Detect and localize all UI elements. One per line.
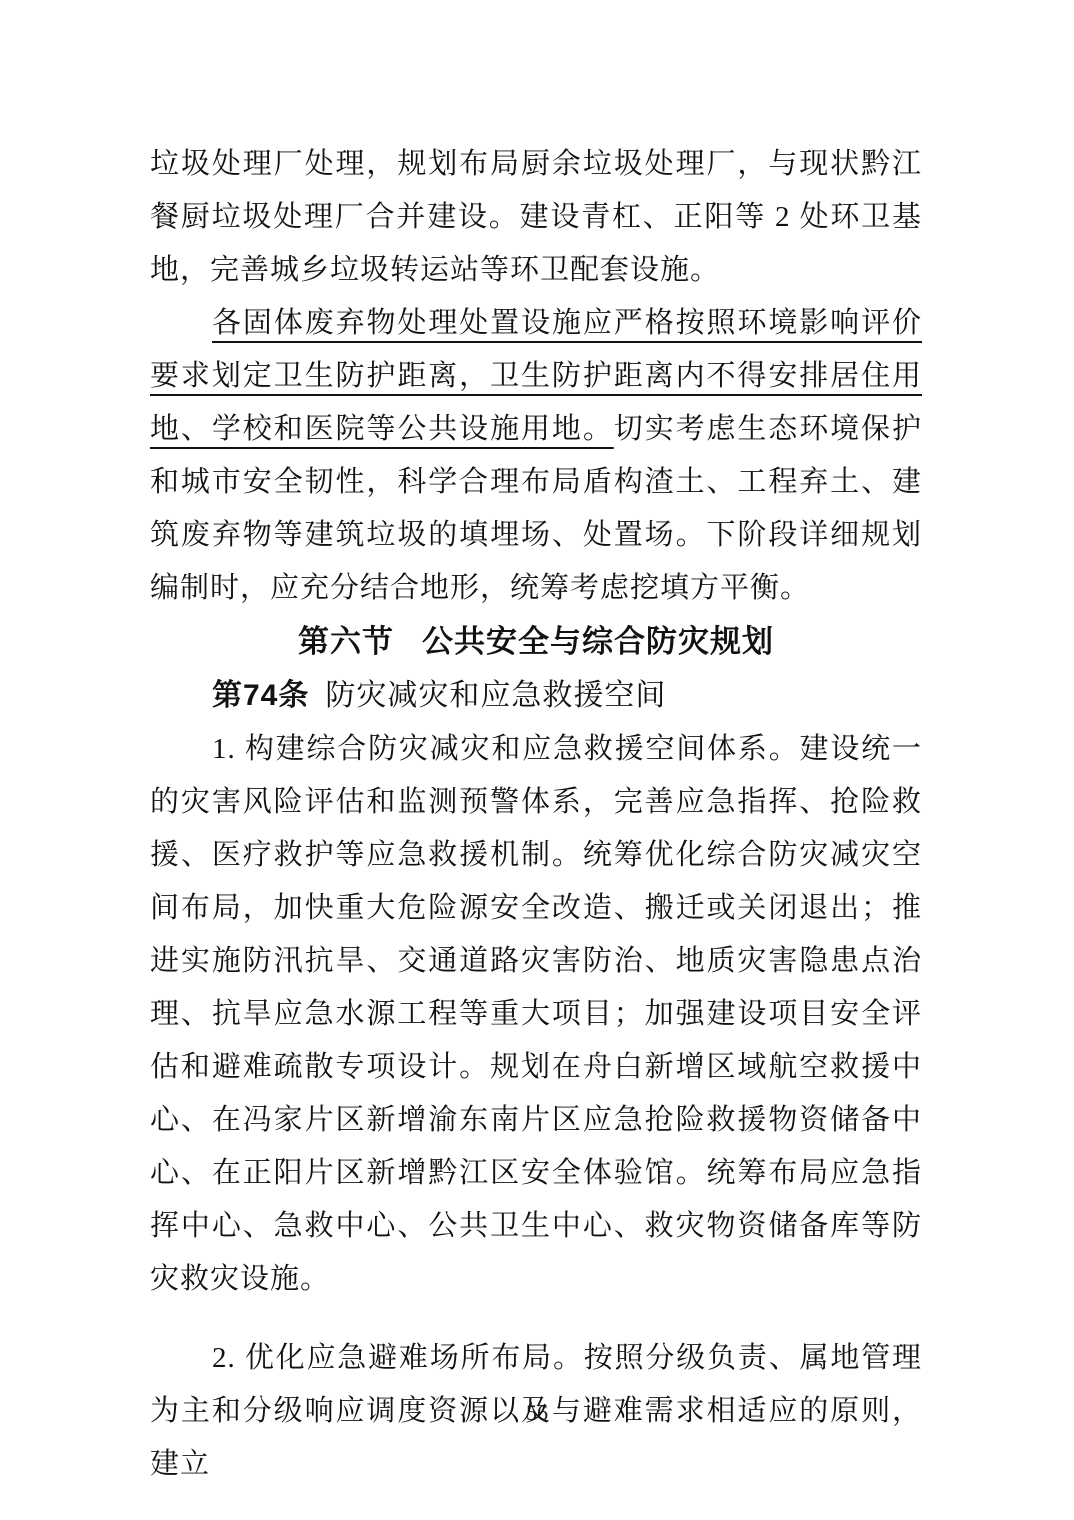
page-number: 56 xyxy=(0,1400,1074,1426)
section-title: 公共安全与综合防灾规划 xyxy=(422,624,774,659)
paragraph-waste-treatment-continuation: 垃圾处理厂处理，规划布局厨余垃圾处理厂，与现状黔江餐厨垃圾处理厂合并建设。建设青… xyxy=(150,138,922,297)
section-number: 第六节 xyxy=(298,624,394,659)
paragraph-sanitary-protection: 各固体废弃物处理处置设施应严格按照环境影响评价要求划定卫生防护距离，卫生防护距离… xyxy=(150,297,922,615)
article-title: 防灾减灾和应急救援空间 xyxy=(325,679,666,712)
document-page: 垃圾处理厂处理，规划布局厨余垃圾处理厂，与现状黔江餐厨垃圾处理厂合并建设。建设青… xyxy=(0,0,1074,1520)
page-body: 垃圾处理厂处理，规划布局厨余垃圾处理厂，与现状黔江餐厨垃圾处理厂合并建设。建设青… xyxy=(150,138,922,1491)
section-heading: 第六节公共安全与综合防灾规划 xyxy=(150,615,922,669)
article-heading: 第74条防灾减灾和应急救援空间 xyxy=(150,669,922,723)
article-number: 第74条 xyxy=(212,679,309,712)
paragraph-item-1-rescue-space: 1. 构建综合防灾减灾和应急救援空间体系。建设统一的灾害风险评估和监测预警体系，… xyxy=(150,723,922,1306)
